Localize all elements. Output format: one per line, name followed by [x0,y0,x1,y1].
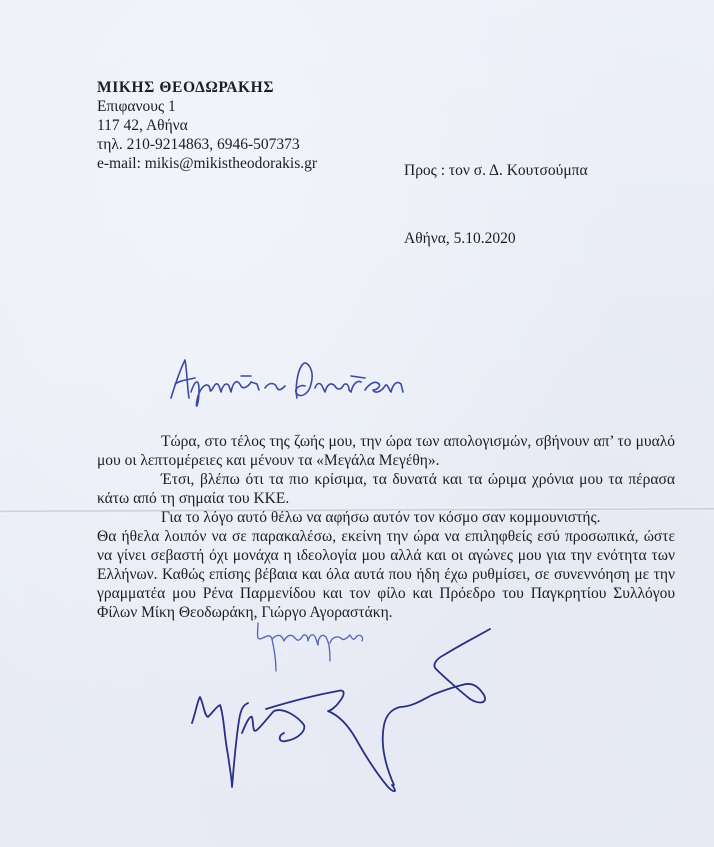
sender-name: ΜΙΚΗΣ ΘΕΟΔΩΡΑΚΗΣ [97,78,317,97]
handwritten-salutation: Αγαπητέ σύντροφε Δημήτρη [165,350,455,420]
letter-body: Τώρα, στο τέλος της ζωής μου, την ώρα τω… [97,432,675,622]
letter-paragraph: Για το λόγο αυτό θέλω να αφήσω αυτόν τον… [97,508,675,527]
signature-icon: Μίκης Θεοδωράκης [180,615,520,815]
letter-date: Αθήνα, 5.10.2020 [404,230,516,248]
sender-address-city: 117 42, Αθήνα [97,116,317,135]
sender-address-street: Επιφανους 1 [97,97,317,116]
sender-email: e-mail: mikis@mikistheodorakis.gr [97,154,317,173]
handwriting-salutation-icon: Αγαπητέ σύντροφε Δημήτρη [165,350,455,420]
sender-phone: τηλ. 210-9214863, 6946-507373 [97,135,317,154]
signature: Μίκης Θεοδωράκης [180,615,520,815]
recipient-line: Προς : τον σ. Δ. Κουτσούμπα [404,162,588,180]
letter-paragraph: Τώρα, στο τέλος της ζωής μου, την ώρα τω… [97,432,675,470]
sender-letterhead: ΜΙΚΗΣ ΘΕΟΔΩΡΑΚΗΣ Επιφανους 1 117 42, Αθή… [97,78,317,173]
letter-paragraph: Έτσι, βλέπω ότι τα πιο κρίσιμα, τα δυνατ… [97,470,675,508]
letter-paragraph: Θα ήθελα λοιπόν να σε παρακαλέσω, εκείνη… [97,527,675,622]
